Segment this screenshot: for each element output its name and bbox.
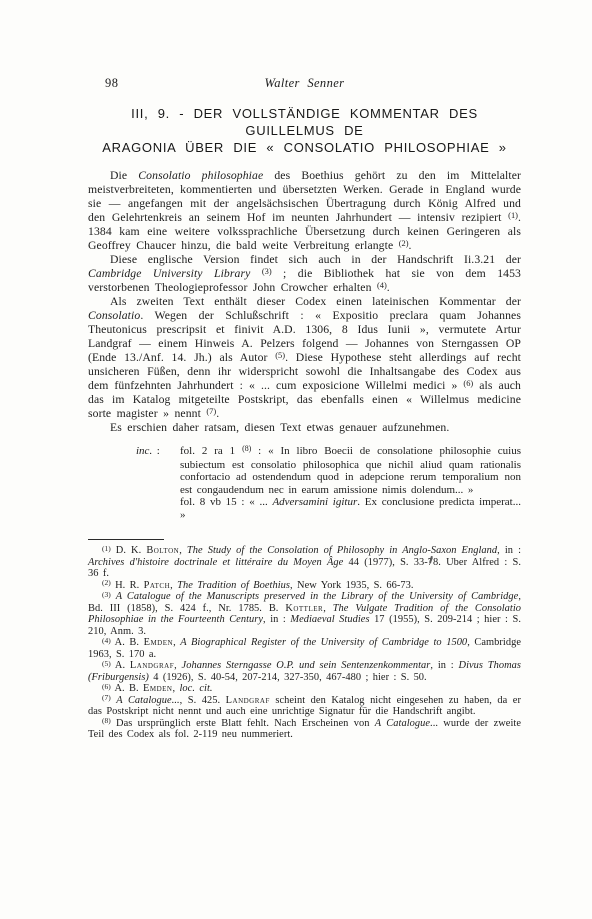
footnote-7: (7) A Catalogue..., S. 425. Landgraf sch… xyxy=(88,695,521,718)
manuscript-excerpt: inc. : fol. 2 ra 1 (8) : « In libro Boec… xyxy=(88,445,521,522)
article-title: III, 9. - DER VOLLSTÄNDIGE KOMMENTAR DES… xyxy=(88,105,521,156)
footnote-4: (4) A. B. Emden, A Biographical Register… xyxy=(88,637,521,660)
footnote-2: (2) H. R. Patch, The Tradition of Boethi… xyxy=(88,580,521,592)
excerpt-entry-explicit: fol. 8 vb 15 : « ... Adversamini igitur.… xyxy=(88,496,521,521)
running-head: Walter Senner xyxy=(88,76,521,91)
footnotes-section: (1) D. K. Bolton, The Study of the Conso… xyxy=(88,545,521,741)
body-paragraph-2: Diese englische Version findet sich auch… xyxy=(88,253,521,295)
text-block: 98 Walter Senner III, 9. - DER VOLLSTÄND… xyxy=(88,76,521,741)
scanned-paper-page: 98 Walter Senner III, 9. - DER VOLLSTÄND… xyxy=(0,0,592,919)
excerpt-label-inc: inc. : xyxy=(136,445,160,458)
body-paragraph-1: Die Consolatio philosophiae des Boethius… xyxy=(88,169,521,253)
article-title-line-1: III, 9. - DER VOLLSTÄNDIGE KOMMENTAR DES… xyxy=(88,105,521,139)
article-title-line-2: ARAGONIA ÜBER DIE « CONSOLATIO PHILOSOPH… xyxy=(88,139,521,156)
page-header: 98 Walter Senner xyxy=(88,76,521,93)
footnote-3: (3) A Catalogue of the Manuscripts prese… xyxy=(88,591,521,637)
footnote-6: (6) A. B. Emden, loc. cit. xyxy=(88,683,521,695)
excerpt-text-explicit: fol. 8 vb 15 : « ... Adversamini igitur.… xyxy=(180,496,521,521)
footnote-5: (5) A. Landgraf, Johannes Sterngasse O.P… xyxy=(88,660,521,683)
body-paragraph-4: Es erschien daher ratsam, diesen Text et… xyxy=(88,421,521,435)
footnote-separator-rule xyxy=(88,539,164,541)
excerpt-entry-incipit: inc. : fol. 2 ra 1 (8) : « In libro Boec… xyxy=(88,445,521,496)
excerpt-text-incipit: fol. 2 ra 1 (8) : « In libro Boecii de c… xyxy=(180,445,521,496)
footnote-1: (1) D. K. Bolton, The Study of the Conso… xyxy=(88,545,521,580)
article-body: Die Consolatio philosophiae des Boethius… xyxy=(88,169,521,435)
body-paragraph-3: Als zweiten Text enthält dieser Codex ei… xyxy=(88,295,521,421)
footnote-8: (8) Das ursprünglich erste Blatt fehlt. … xyxy=(88,718,521,741)
